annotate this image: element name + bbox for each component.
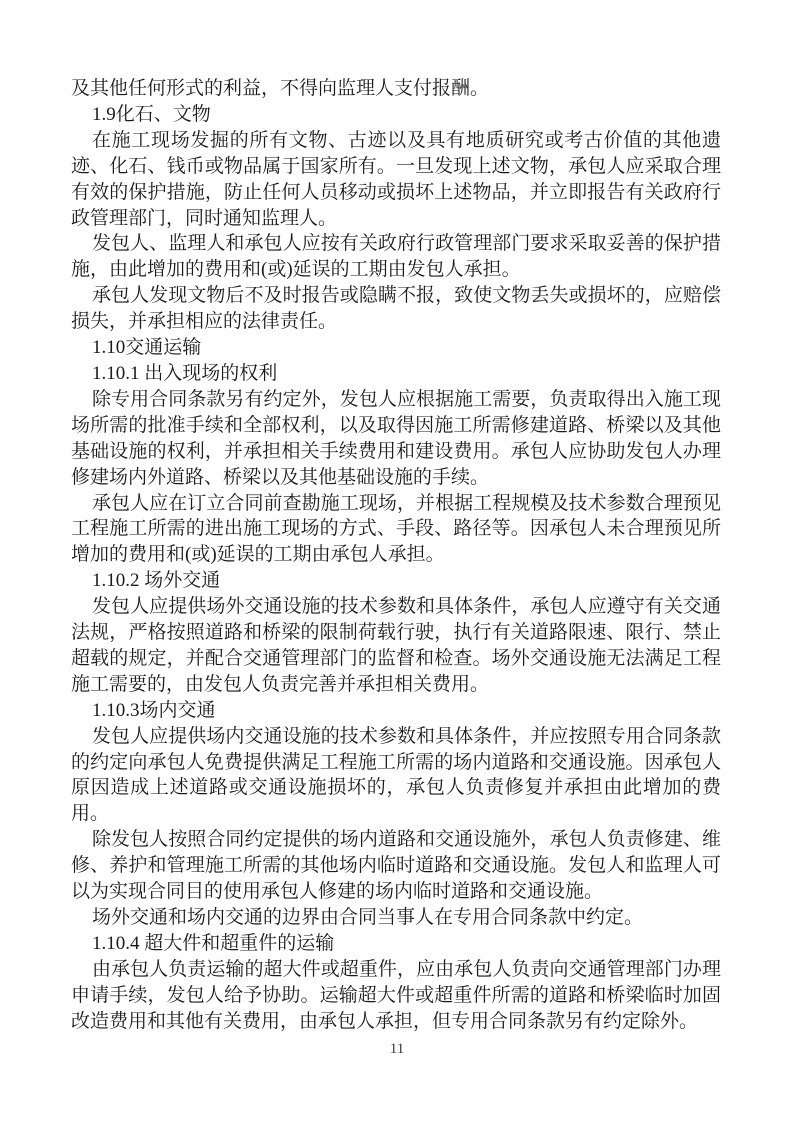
paragraph-continuation: 及其他任何形式的利益，不得向监理人支付报酬。	[71, 76, 721, 102]
paragraph-relics-liability: 承包人发现文物后不及时报告或隐瞒不报，致使文物丢失或损坏的，应赔偿损失，并承担相…	[71, 283, 721, 335]
document-body: 及其他任何形式的利益，不得向监理人支付报酬。 1.9化石、文物 在施工现场发掘的…	[71, 76, 721, 1035]
page-number: 11	[0, 1040, 794, 1058]
paragraph-oversized-transport: 由承包人负责运输的超大件或超重件，应由承包人负责向交通管理部门办理申请手续，发包…	[71, 957, 721, 1035]
document-page: 及其他任何形式的利益，不得向监理人支付报酬。 1.9化石、文物 在施工现场发掘的…	[0, 0, 794, 1122]
heading-1-9-fossils-relics: 1.9化石、文物	[71, 102, 721, 128]
paragraph-offsite-traffic: 发包人应提供场外交通设施的技术参数和具体条件，承包人应遵守有关交通法规，严格按照…	[71, 594, 721, 698]
paragraph-site-survey: 承包人应在订立合同前查勘施工现场，并根据工程规模及技术参数合理预见工程施工所需的…	[71, 491, 721, 569]
paragraph-relics-ownership: 在施工现场发掘的所有文物、古迹以及具有地质研究或考古价值的其他遗迹、化石、钱币或…	[71, 128, 721, 232]
heading-1-10-3-onsite-traffic: 1.10.3场内交通	[71, 698, 721, 724]
paragraph-relics-protection: 发包人、监理人和承包人应按有关政府行政管理部门要求采取妥善的保护措施，由此增加的…	[71, 231, 721, 283]
paragraph-temporary-roads: 除发包人按照合同约定提供的场内道路和交通设施外，承包人负责修建、维修、养护和管理…	[71, 827, 721, 905]
heading-1-10-transportation: 1.10交通运输	[71, 335, 721, 361]
heading-1-10-1-site-access-right: 1.10.1 出入现场的权利	[71, 361, 721, 387]
heading-1-10-4-oversized-transport: 1.10.4 超大件和超重件的运输	[71, 931, 721, 957]
paragraph-traffic-boundary: 场外交通和场内交通的边界由合同当事人在专用合同条款中约定。	[71, 905, 721, 931]
paragraph-onsite-traffic: 发包人应提供场内交通设施的技术参数和具体条件，并应按照专用合同条款的约定向承包人…	[71, 724, 721, 828]
paragraph-site-access-rights: 除专用合同条款另有约定外，发包人应根据施工需要，负责取得出入施工现场所需的批准手…	[71, 387, 721, 491]
heading-1-10-2-offsite-traffic: 1.10.2 场外交通	[71, 568, 721, 594]
